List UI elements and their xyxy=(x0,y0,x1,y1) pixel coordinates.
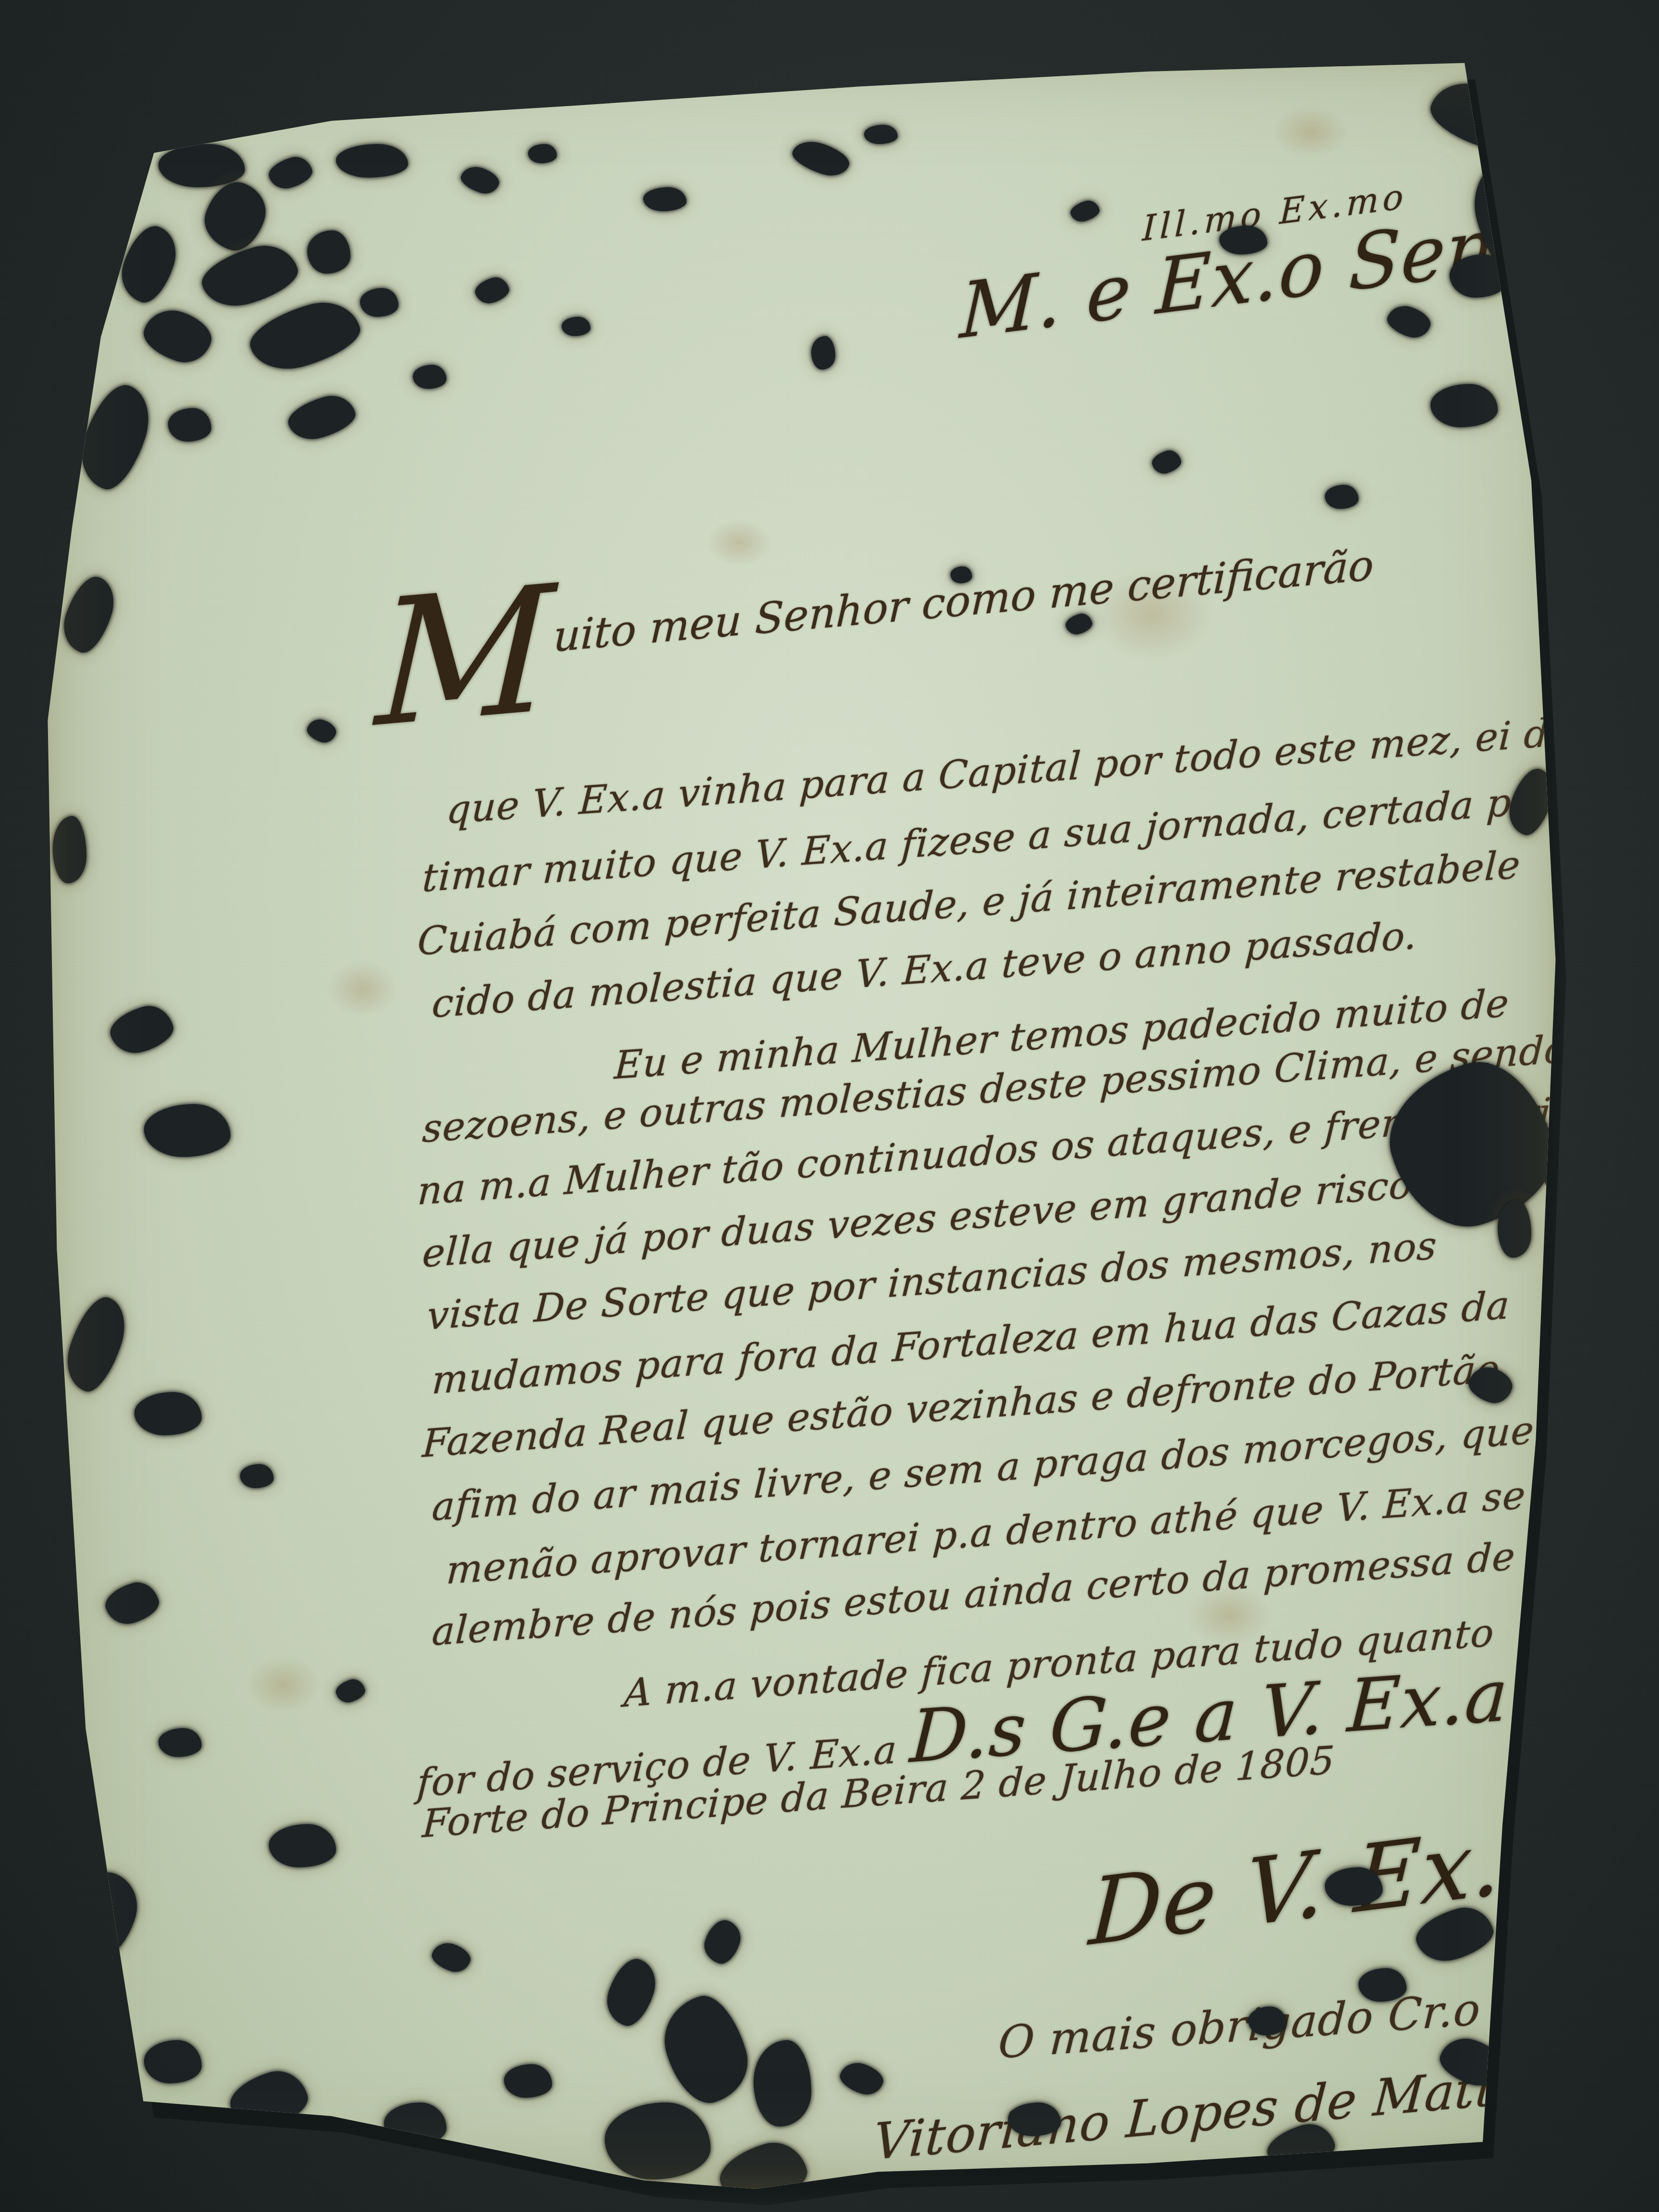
foxing-stain xyxy=(706,518,773,566)
damage-hole xyxy=(106,1000,178,1059)
damage-hole xyxy=(1325,485,1358,509)
damage-hole xyxy=(138,303,217,369)
opening-text: uito meu Senhor como me certificarão xyxy=(553,540,1374,661)
damage-hole xyxy=(59,1291,134,1397)
damage-hole xyxy=(1431,384,1498,427)
damage-hole xyxy=(458,163,502,197)
damage-hole xyxy=(950,566,972,583)
damage-hole xyxy=(654,1988,757,2111)
damage-hole xyxy=(240,1464,274,1488)
damage-hole xyxy=(528,144,557,163)
damage-hole xyxy=(244,293,366,379)
damage-hole xyxy=(158,144,245,187)
damage-hole xyxy=(1498,1200,1531,1258)
damage-hole xyxy=(1325,1867,1382,1906)
damage-hole xyxy=(1150,448,1183,477)
damage-hole xyxy=(305,716,339,745)
foxing-stain xyxy=(245,1656,322,1714)
damage-hole xyxy=(101,1577,163,1629)
damage-hole xyxy=(837,2058,887,2099)
damage-hole xyxy=(265,153,315,192)
damage-hole xyxy=(413,365,446,389)
opening-dropcap: M xyxy=(373,548,557,766)
damage-hole xyxy=(605,2103,710,2179)
damage-hole xyxy=(504,2064,552,2098)
damage-hole xyxy=(1384,301,1434,342)
damage-hole xyxy=(1358,1968,1407,2002)
damage-hole xyxy=(114,220,184,308)
damage-hole xyxy=(56,571,121,658)
opening-line: Muito meu Senhor como me certificarão xyxy=(374,508,1376,734)
damage-hole xyxy=(643,187,686,211)
damage-hole xyxy=(864,125,898,144)
foxing-stain xyxy=(326,960,398,1018)
damage-hole xyxy=(197,175,273,257)
damage-hole xyxy=(196,238,303,315)
damage-hole xyxy=(789,136,853,181)
valediction-post: por muitos annos xyxy=(1519,1659,1659,1729)
damage-hole xyxy=(284,390,360,445)
damage-hole xyxy=(360,288,398,317)
damage-hole xyxy=(269,1824,336,1867)
damage-hole xyxy=(1069,198,1102,225)
damage-hole xyxy=(1219,226,1267,254)
photo-background: Ill.mo Ex.mo M. e Ex.o Senhor Muito meu … xyxy=(0,0,1659,2212)
damage-hole xyxy=(158,1728,202,1757)
damage-hole xyxy=(562,317,590,336)
damage-hole xyxy=(336,144,408,178)
damage-hole xyxy=(754,2040,811,2127)
damage-hole xyxy=(811,336,835,370)
letter-paper: Ill.mo Ex.mo M. e Ex.o Senhor Muito meu … xyxy=(43,48,1560,2189)
closing-obrigado: O mais obrigado Cr.o xyxy=(998,1987,1482,2066)
damage-hole xyxy=(72,378,159,496)
damage-hole xyxy=(334,1677,367,1706)
damage-hole xyxy=(429,1939,473,1976)
damage-hole xyxy=(134,1392,202,1435)
damage-hole xyxy=(700,1916,745,1967)
damage-hole xyxy=(144,2040,202,2083)
damage-hole xyxy=(60,1864,146,1966)
foxing-stain xyxy=(1272,106,1349,158)
damage-hole xyxy=(472,274,511,306)
damage-hole xyxy=(1008,2103,1061,2136)
damage-hole xyxy=(168,408,211,442)
damage-hole xyxy=(144,1104,230,1157)
damage-hole xyxy=(307,230,350,274)
damage-hole xyxy=(601,1954,662,2031)
damage-hole xyxy=(1248,2007,1286,2035)
letter-sheet: Ill.mo Ex.mo M. e Ex.o Senhor Muito meu … xyxy=(43,48,1560,2189)
damage-hole xyxy=(53,816,86,883)
